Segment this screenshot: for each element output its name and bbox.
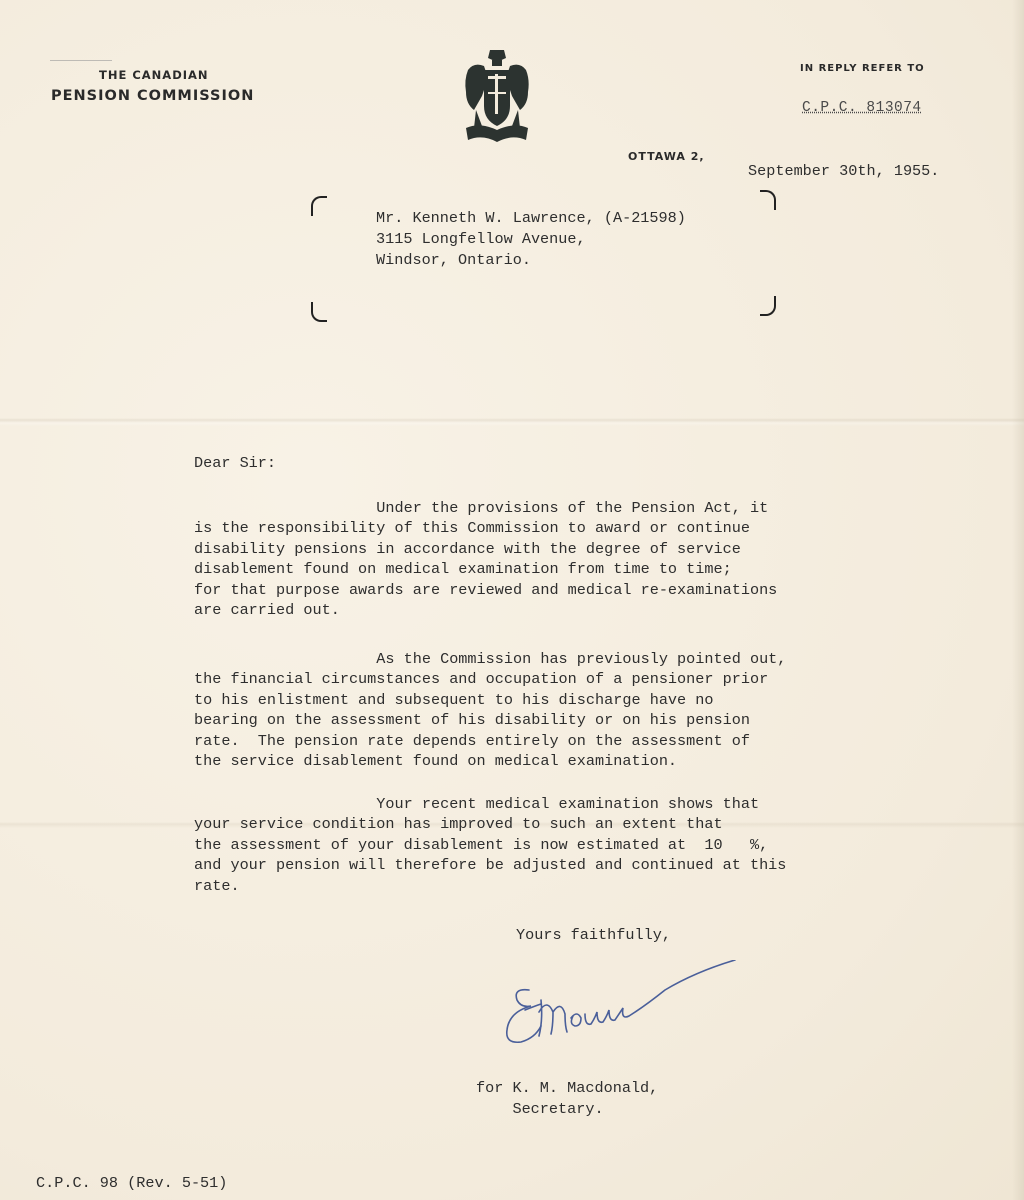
city-line: OTTAWA 2, (628, 150, 705, 163)
reply-reference-label: IN REPLY REFER TO (800, 63, 925, 74)
valediction: Yours faithfully, (516, 926, 671, 944)
address-window-corner (760, 190, 776, 210)
recipient-address: Mr. Kenneth W. Lawrence, (A-21598) 3115 … (376, 208, 686, 271)
letterhead-line1: THE CANADIAN (99, 68, 209, 82)
address-window-corner (311, 196, 327, 216)
reference-number: C.P.C. 813074 (802, 100, 922, 116)
address-window-corner (760, 296, 776, 316)
body-paragraph: Under the provisions of the Pension Act,… (194, 498, 777, 620)
handwritten-signature (495, 960, 755, 1060)
coat-of-arms-icon (460, 48, 534, 148)
body-paragraph: Your recent medical examination shows th… (194, 794, 786, 896)
salutation: Dear Sir: (194, 454, 276, 472)
signer-name-title: for K. M. Macdonald, Secretary. (476, 1078, 658, 1120)
paper-edge (1012, 0, 1024, 1200)
form-code: C.P.C. 98 (Rev. 5-51) (36, 1174, 227, 1192)
address-window-corner (311, 302, 327, 322)
letterhead-org-name: PENSION COMMISSION (51, 88, 254, 104)
body-paragraph: As the Commission has previously pointed… (194, 649, 786, 771)
letter-date: September 30th, 1955. (748, 162, 939, 180)
letterhead-rule (50, 60, 112, 61)
